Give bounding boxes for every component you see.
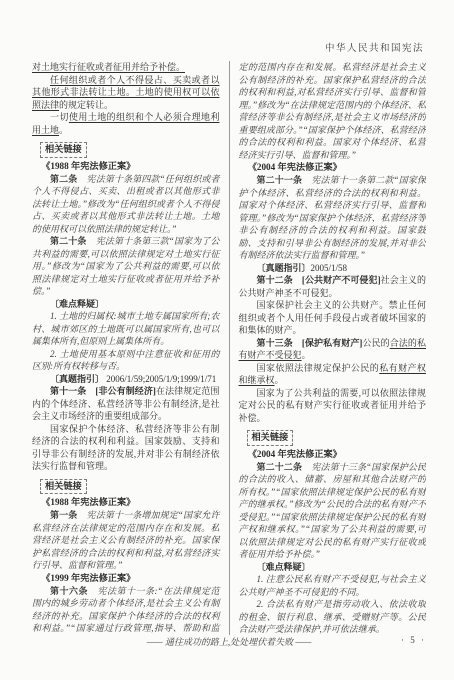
paragraph: 1. 土地的归属权:城市土地专属国家所有;农村、城市郊区的土地既可以属国家所有,… [32, 310, 220, 348]
paragraph: 对土地实行征收或者征用并给予补偿。 [32, 61, 220, 74]
column-left: 对土地实行征收或者征用并给予补偿。任何组织或者个人不得侵占、买卖或者以其他形式非… [32, 61, 230, 635]
paragraph: 国家依照法律规定保护公民的私有财产权和继承权。 [239, 362, 427, 387]
paragraph: 第十二条 [公共财产不可侵犯]社会主义的公共财产神圣不可侵犯。 [239, 274, 427, 299]
paragraph: 1. 注意公民私有财产不受侵犯,与社会主义公共财产神圣不可侵犯的不同。 [239, 573, 427, 598]
paragraph: 国家保护社会主义的公共财产。禁止任何组织或者个人用任何手段侵占或者破坏国家的和集… [239, 299, 427, 337]
related-links-box: 相关链接 [40, 139, 220, 158]
column-right: 定的范围内存在和发展。私营经济是社会主义公有制经济的补充。国家保护私营经济的合法… [230, 61, 427, 635]
paragraph: 国家保护个体经济、私营经济等非公有制经济的合法的权利和利益。国家鼓励、支持和引导… [32, 423, 220, 473]
amendment-heading: 《1988 年宪法修正案》 [32, 496, 220, 509]
paragraph: 〔真题指引〕 2006/1/59;2005/1/9;1999/1/71 [32, 373, 220, 386]
paragraph: 第一条 宪法第十一条增加规定“国家允许私营经济在法律规定的范围内存在和发展。私营… [32, 509, 220, 572]
related-links-label: 相关链接 [40, 479, 87, 495]
book-page: 中华人民共和国宪法 对土地实行征收或者征用并给予补偿。任何组织或者个人不得侵占、… [0, 0, 454, 680]
paragraph: 〔难点释疑〕 [32, 298, 220, 311]
paragraph: 一切使用土地的组织和个人必须合理地利用土地。 [32, 111, 220, 136]
paragraph: 第十三条 [保护私有财产]公民的合法的私有财产不受侵犯。 [239, 337, 427, 362]
paragraph: 第二条 宪法第十条第四款“任何组织或者个人不得侵占、买卖、出租或者以其他形式非法… [32, 173, 220, 236]
paragraph: 国家为了公共利益的需要,可以依照法律规定对公民的私有财产实行征收或者征用并给予补… [239, 387, 427, 425]
paragraph: 〔难点释疑〕 [239, 561, 427, 574]
page-content: 对土地实行征收或者征用并给予补偿。任何组织或者个人不得侵占、买卖或者以其他形式非… [32, 61, 426, 635]
page-header-title: 中华人民共和国宪法 [325, 40, 424, 54]
paragraph: 定的范围内存在和发展。私营经济是社会主义公有制经济的补充。国家保护私营经济的合法… [239, 61, 427, 161]
footer-motto: —— 通往成功的路上,处处埋伏着失败 —— [147, 637, 312, 647]
paragraph: 第二十二条 宪法第十三条“国家保护公民的合法的收入、储蓄、房屋和其他合法财产的所… [239, 461, 427, 561]
paragraph: 任何组织或者个人不得侵占、买卖或者以其他形式非法转让土地。土地的使用权可以依照法… [32, 74, 220, 112]
related-links-label: 相关链接 [247, 430, 294, 446]
paragraph: 第二十一条 宪法第十一条第二款“国家保护个体经济、私营经济的合法的权利和利益。国… [239, 174, 427, 262]
paragraph: 〔真题指引〕2005/1/58 [239, 262, 427, 275]
related-links-box: 相关链接 [40, 476, 220, 495]
paragraph: 第十六条 宪法第十一条:“在法律规定范围内的城乡劳动者个体经济,是社会主义公有制… [32, 585, 220, 636]
paragraph: 第十一条 [非公有制经济]在法律规定范围内的个体经济、私营经济等非公有制经济,是… [32, 385, 220, 423]
amendment-heading: 《2004 年宪法修正案》 [239, 448, 427, 461]
amendment-heading: 《1988 年宪法修正案》 [32, 160, 220, 173]
amendment-heading: 《2004 年宪法修正案》 [239, 161, 427, 174]
page-number: · 5 · [401, 635, 426, 645]
related-links-box: 相关链接 [247, 427, 427, 446]
related-links-label: 相关链接 [40, 142, 87, 158]
amendment-heading: 《1999 年宪法修正案》 [32, 572, 220, 585]
page-footer: —— 通往成功的路上,处处埋伏着失败 —— · 5 · [32, 635, 426, 648]
paragraph: 第二十条 宪法第十条第三款“国家为了公共利益的需要,可以依照法律规定对土地实行征… [32, 235, 220, 298]
paragraph: 2. 合法私有财产是指劳动收入、依法收取的租金、银行利息、继承、受赠财产等。公民… [239, 598, 427, 635]
paragraph: 2. 土地使用基本原则中注意征收和征用的区别:所有权转移与否。 [32, 348, 220, 373]
